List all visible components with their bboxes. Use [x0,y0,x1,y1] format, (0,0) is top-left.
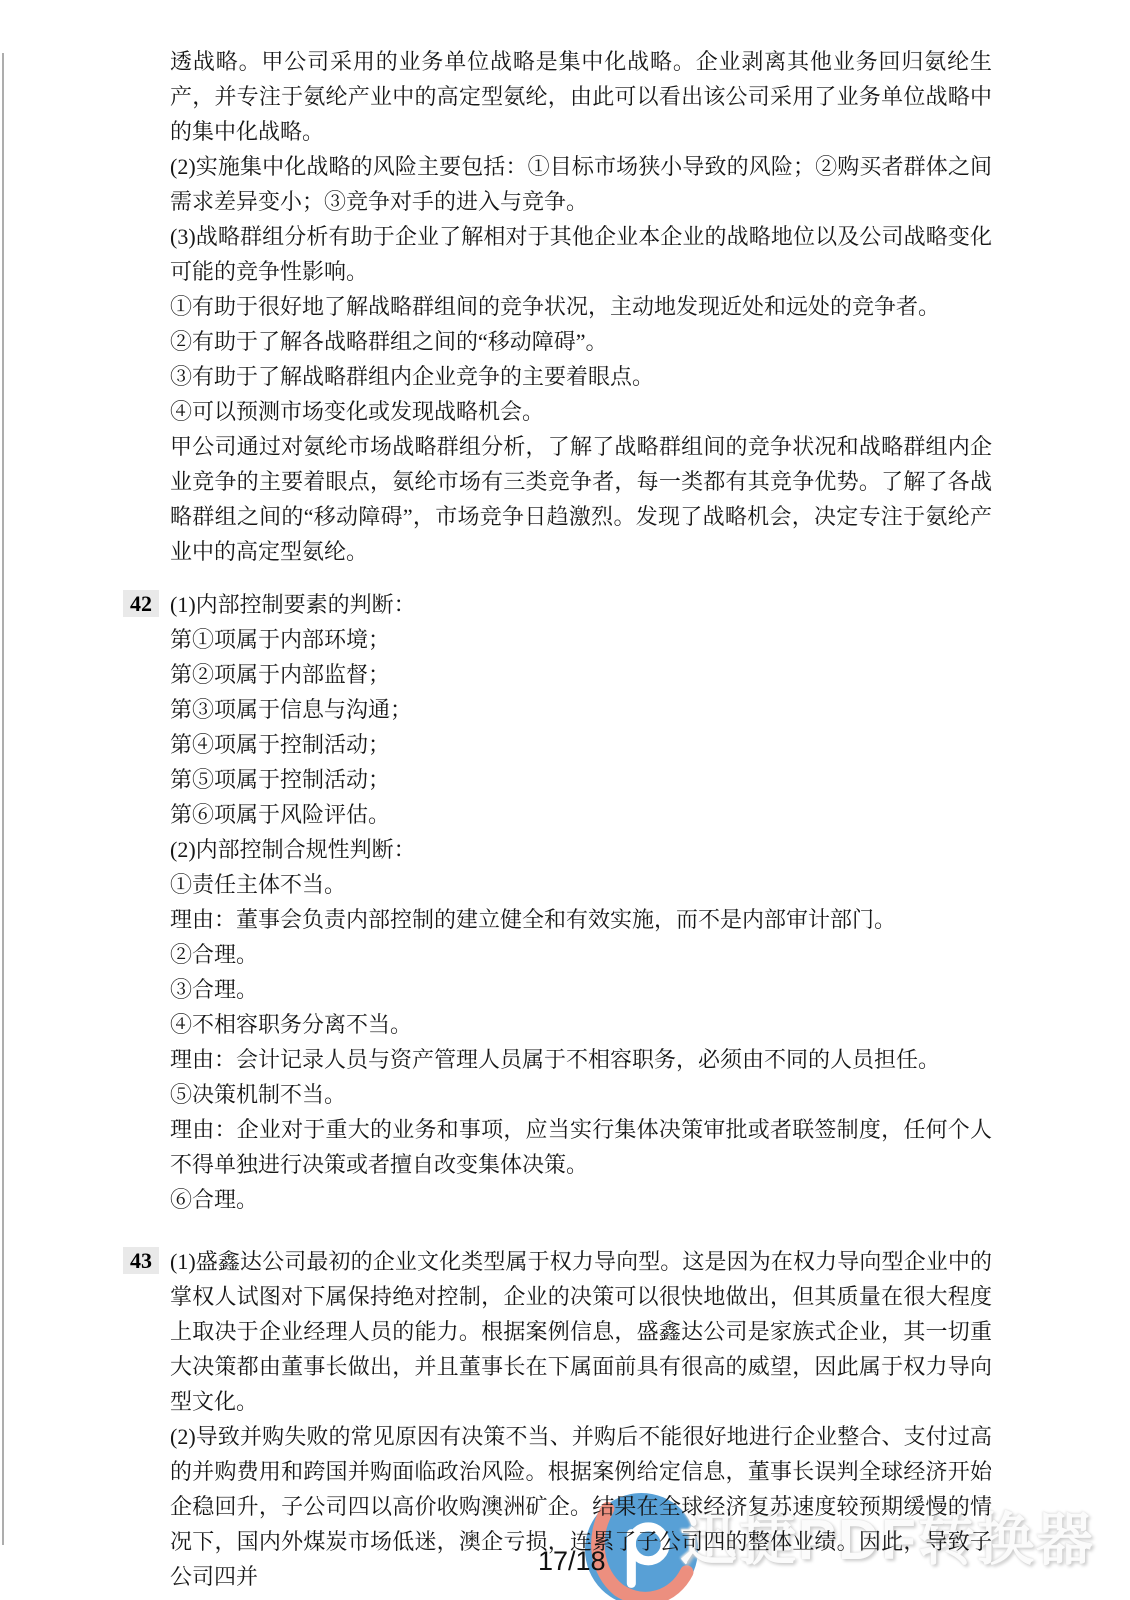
answer-paragraph: (1)内部控制要素的判断： [170,587,992,622]
answer-paragraph: 理由：会计记录人员与资产管理人员属于不相容职务，必须由不同的人员担任。 [170,1042,992,1077]
answer-paragraph: 理由：董事会负责内部控制的建立健全和有效实施，而不是内部审计部门。 [170,902,992,937]
answer-paragraph: 第⑤项属于控制活动； [170,762,992,797]
answer-paragraph: 第③项属于信息与沟通； [170,692,992,727]
answer-paragraph: ②合理。 [170,937,992,972]
answer-paragraph: 第⑥项属于风险评估。 [170,797,992,832]
question-number-badge: 43 [123,1247,159,1274]
answer-paragraph: ①责任主体不当。 [170,867,992,902]
answers-text-block: 透战略。甲公司采用的业务单位战略是集中化战略。企业剥离其他业务回归氨纶生产，并专… [170,44,992,1594]
answer-paragraph: ④可以预测市场变化或发现战略机会。 [170,394,992,429]
question-43-answer: 43 (1)盛鑫达公司最初的企业文化类型属于权力导向型。这是因为在权力导向型企业… [170,1244,992,1594]
answer-paragraph: 第①项属于内部环境； [170,622,992,657]
answer-paragraph: ①有助于很好地了解战略群组间的竞争状况，主动地发现近处和远处的竞争者。 [170,289,992,324]
answer-paragraph: (2)内部控制合规性判断： [170,832,992,867]
answer-paragraph: ③合理。 [170,972,992,1007]
answer-paragraph: ⑤决策机制不当。 [170,1077,992,1112]
answer-paragraph: ④不相容职务分离不当。 [170,1007,992,1042]
page-number: 17/18 [538,1546,606,1577]
answer-paragraph: (2)实施集中化战略的风险主要包括：①目标市场狭小导致的风险；②购买者群体之间需… [170,149,992,219]
question-41-answer-continuation: 透战略。甲公司采用的业务单位战略是集中化战略。企业剥离其他业务回归氨纶生产，并专… [170,44,992,569]
answer-paragraph: 甲公司通过对氨纶市场战略群组分析，了解了战略群组间的竞争状况和战略群组内企业竞争… [170,429,992,569]
answer-paragraph: ②有助于了解各战略群组之间的“移动障碍”。 [170,324,992,359]
answer-paragraph: ③有助于了解战略群组内企业竞争的主要着眼点。 [170,359,992,394]
answer-paragraph: 透战略。甲公司采用的业务单位战略是集中化战略。企业剥离其他业务回归氨纶生产，并专… [170,44,992,149]
answer-paragraph: ⑥合理。 [170,1182,992,1217]
answer-paragraph: (3)战略群组分析有助于企业了解相对于其他企业本企业的战略地位以及公司战略变化可… [170,219,992,289]
answer-paragraph: (1)盛鑫达公司最初的企业文化类型属于权力导向型。这是因为在权力导向型企业中的掌… [170,1244,992,1419]
question-42-answer: 42 (1)内部控制要素的判断： 第①项属于内部环境； 第②项属于内部监督； 第… [170,587,992,1217]
document-page: 迅捷PDF转换器 透战略。甲公司采用的业务单位战略是集中化战略。企业剥离其他业务… [0,0,1130,1600]
answer-paragraph: 第②项属于内部监督； [170,657,992,692]
answer-paragraph: 第④项属于控制活动； [170,727,992,762]
question-number-badge: 42 [123,590,159,617]
answer-paragraph: 理由：企业对于重大的业务和事项，应当实行集体决策审批或者联签制度，任何个人不得单… [170,1112,992,1182]
